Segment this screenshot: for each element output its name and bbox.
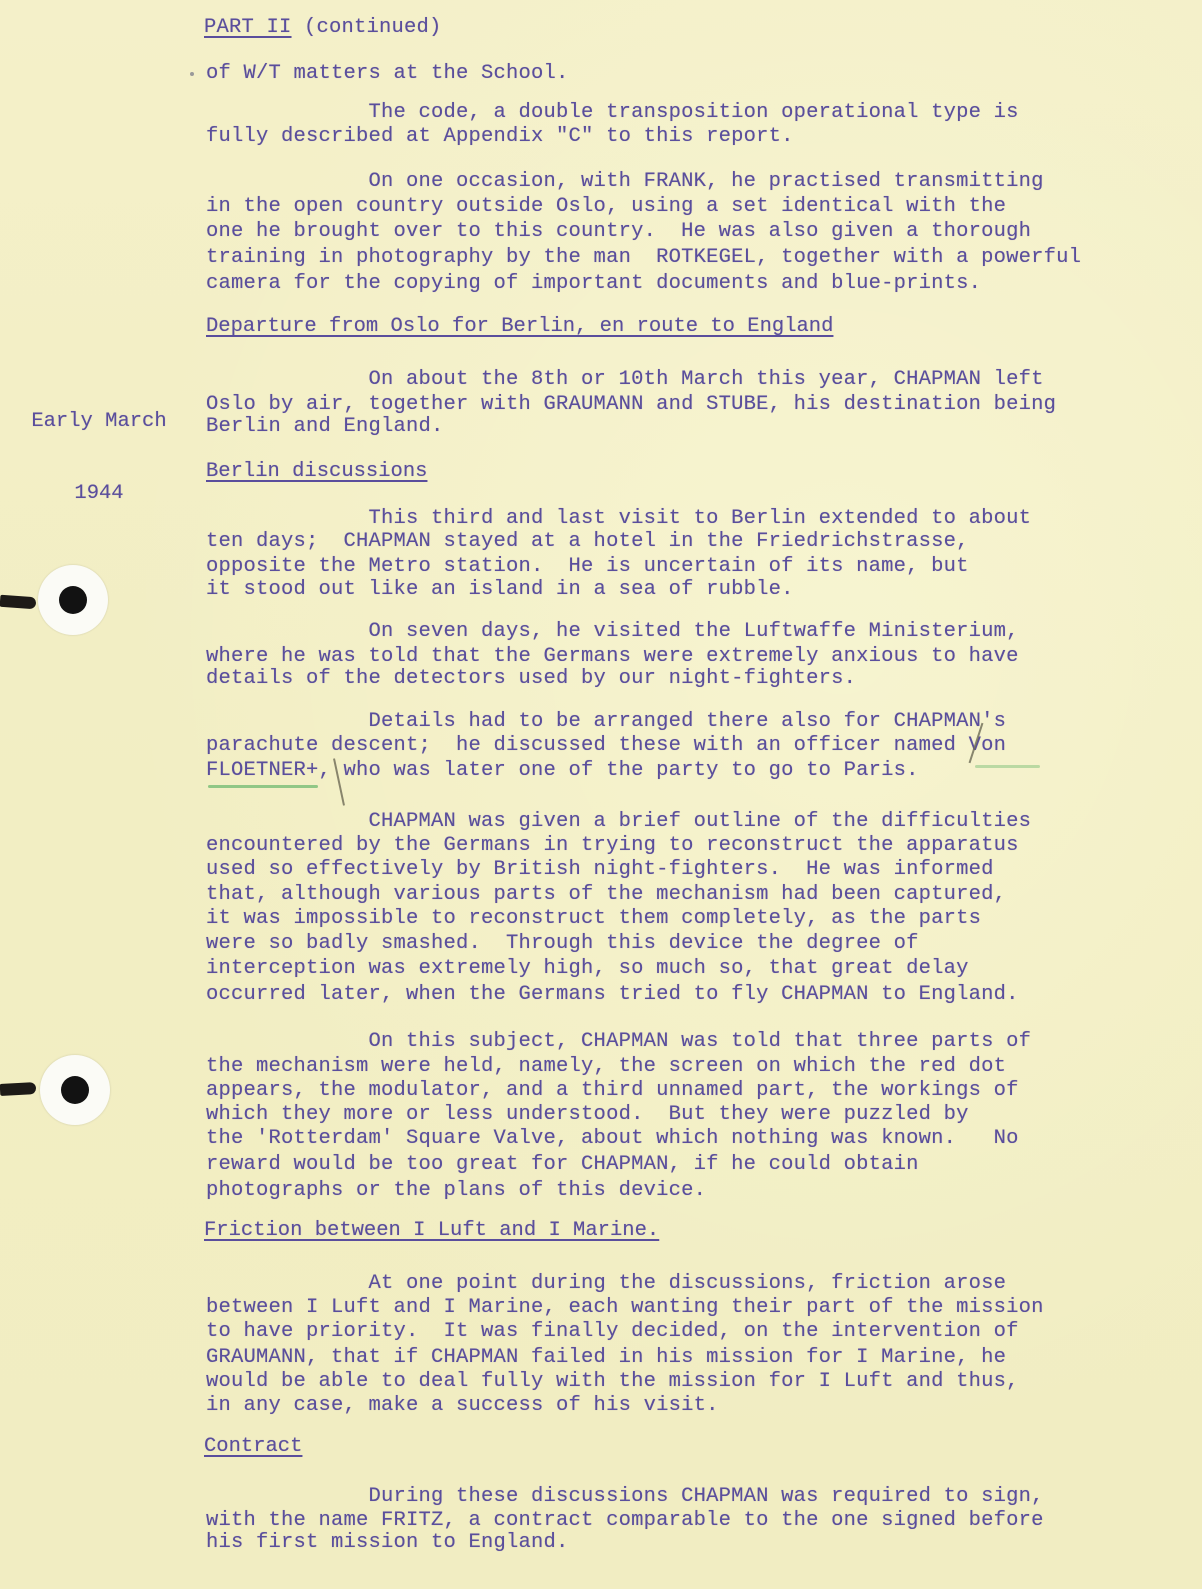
text-line: used so effectively by British night-fig… bbox=[206, 858, 994, 882]
section-heading-contract: Contract bbox=[204, 1435, 302, 1459]
text-line: camera for the copying of important docu… bbox=[206, 272, 981, 296]
text-line: the mechanism were held, namely, the scr… bbox=[206, 1055, 1006, 1079]
text-line: details of the detectors used by our nig… bbox=[206, 667, 856, 691]
punch-hole bbox=[38, 565, 108, 635]
text-line: of W/T matters at the School. bbox=[206, 62, 569, 86]
text-line: During these discussions CHAPMAN was req… bbox=[206, 1485, 1044, 1509]
text-line: Details had to be arranged there also fo… bbox=[206, 710, 1006, 734]
text-line: it was impossible to reconstruct them co… bbox=[206, 907, 981, 931]
text-line: training in photography by the man ROTKE… bbox=[206, 246, 1081, 270]
treasury-tag bbox=[0, 595, 36, 609]
text-line: On seven days, he visited the Luftwaffe … bbox=[206, 620, 1019, 644]
punch-hole bbox=[40, 1055, 110, 1125]
text-line: his first mission to England. bbox=[206, 1531, 569, 1555]
text-line: photographs or the plans of this device. bbox=[206, 1179, 706, 1203]
text-line: between I Luft and I Marine, each wantin… bbox=[206, 1296, 1044, 1320]
text-line: parachute descent; he discussed these wi… bbox=[206, 734, 1006, 758]
text-line: This third and last visit to Berlin exte… bbox=[206, 507, 1031, 531]
section-heading-departure: Departure from Oslo for Berlin, en route… bbox=[206, 315, 833, 339]
green-underline-annotation bbox=[208, 785, 318, 788]
paper-speck bbox=[190, 72, 194, 76]
text-line: to have priority. It was finally decided… bbox=[206, 1320, 1019, 1344]
green-margin-annotation bbox=[975, 765, 1040, 768]
text-line: The code, a double transposition operati… bbox=[206, 101, 1019, 125]
text-line: FLOETNER+, who was later one of the part… bbox=[206, 759, 919, 783]
margin-note-line-2: 1944 bbox=[26, 482, 172, 506]
text-line: where he was told that the Germans were … bbox=[206, 645, 1019, 669]
document-page: PART II (continued) of W/T matters at th… bbox=[0, 0, 1202, 1589]
text-line: encountered by the Germans in trying to … bbox=[206, 834, 1019, 858]
continued-label: (continued) bbox=[292, 16, 442, 39]
section-heading-berlin: Berlin discussions bbox=[206, 460, 427, 484]
text-line: Oslo by air, together with GRAUMANN and … bbox=[206, 393, 1056, 417]
text-line: that, although various parts of the mech… bbox=[206, 883, 1006, 907]
text-line: in the open country outside Oslo, using … bbox=[206, 195, 1006, 219]
text-line: in any case, make a success of his visit… bbox=[206, 1394, 719, 1418]
text-line: would be able to deal fully with the mis… bbox=[206, 1370, 1019, 1394]
text-line: CHAPMAN was given a brief outline of the… bbox=[206, 810, 1031, 834]
part-label: PART II bbox=[204, 16, 292, 39]
text-line: opposite the Metro station. He is uncert… bbox=[206, 555, 969, 579]
text-line: On about the 8th or 10th March this year… bbox=[206, 368, 1044, 392]
text-line: appears, the modulator, and a third unna… bbox=[206, 1079, 1019, 1103]
page-header: PART II (continued) bbox=[204, 16, 442, 40]
text-line: one he brought over to this country. He … bbox=[206, 220, 1031, 244]
text-line: ten days; CHAPMAN stayed at a hotel in t… bbox=[206, 530, 969, 554]
text-line: reward would be too great for CHAPMAN, i… bbox=[206, 1153, 919, 1177]
text-line: At one point during the discussions, fri… bbox=[206, 1272, 1006, 1296]
treasury-tag bbox=[0, 1082, 36, 1096]
text-line: Berlin and England. bbox=[206, 415, 444, 439]
text-line: which they more or less understood. But … bbox=[206, 1103, 969, 1127]
text-line: with the name FRITZ, a contract comparab… bbox=[206, 1509, 1044, 1533]
text-line: On this subject, CHAPMAN was told that t… bbox=[206, 1030, 1031, 1054]
text-line: fully described at Appendix "C" to this … bbox=[206, 125, 794, 149]
punch-hole-center bbox=[61, 1076, 89, 1104]
text-line: GRAUMANN, that if CHAPMAN failed in his … bbox=[206, 1346, 1006, 1370]
section-heading-friction: Friction between I Luft and I Marine. bbox=[204, 1219, 659, 1243]
punch-hole-center bbox=[59, 586, 87, 614]
text-line: the 'Rotterdam' Square Valve, about whic… bbox=[206, 1127, 1019, 1151]
text-line: occurred later, when the Germans tried t… bbox=[206, 983, 1019, 1007]
margin-note-line-1: Early March bbox=[26, 410, 172, 434]
margin-date-note: Early March 1944 bbox=[26, 362, 172, 554]
text-line: were so badly smashed. Through this devi… bbox=[206, 932, 919, 956]
text-line: interception was extremely high, so much… bbox=[206, 957, 969, 981]
text-line: On one occasion, with FRANK, he practise… bbox=[206, 170, 1044, 194]
text-line: it stood out like an island in a sea of … bbox=[206, 578, 794, 602]
